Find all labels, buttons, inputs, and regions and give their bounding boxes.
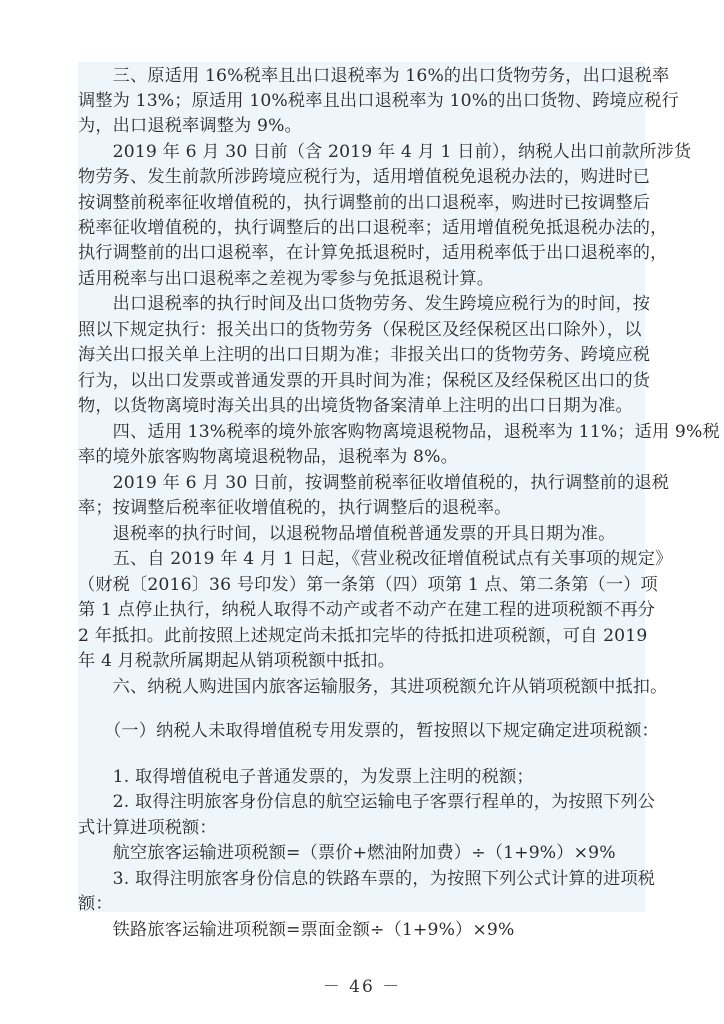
text-line: 四、适用 13%税率的境外旅客购物离境退税物品，退税率为 11%；适用 9%税	[78, 420, 720, 444]
text-line: 铁路旅客运输进项税额=票面金额÷（1+9%）×9%	[78, 918, 515, 942]
text-line: 调整为 13%；原适用 10%税率且出口退税率为 10%的出口货物、跨境应税行	[78, 89, 679, 113]
text-line: 额：	[78, 892, 113, 916]
text-line: 物劳务、发生前款所涉跨境应税行为，适用增值税免退税办法的，购进时已	[78, 165, 650, 189]
text-line: 第 1 点停止执行，纳税人取得不动产或者不动产在建工程的进项税额不再分	[78, 598, 655, 622]
page-number: － 46 －	[0, 972, 724, 997]
text-line: 六、纳税人购进国内旅客运输服务，其进项税额允许从销项税额中抵扣。	[78, 675, 667, 699]
text-line: 行为，以出口发票或普通发票的开具时间为准；保税区及经保税区出口的货	[78, 369, 650, 393]
text-line: 照以下规定执行：报关出口的货物劳务（保税区及经保税区出口除外），以	[78, 318, 642, 342]
text-line: 物，以货物离境时海关出具的出境货物备案清单上注明的出口日期为准。	[78, 394, 633, 418]
text-line: 适用税率与出口退税率之差视为零参与免抵退税计算。	[78, 267, 494, 291]
text-line: 执行调整前的出口退税率，在计算免抵退税时，适用税率低于出口退税率的，	[78, 241, 667, 265]
text-line: 税率征收增值税的，执行调整后的出口退税率；适用增值税免抵退税办法的，	[78, 216, 667, 240]
text-line: 三、原适用 16%税率且出口退税率为 16%的出口货物劳务，出口退税率	[78, 64, 669, 88]
text-line: 按调整前税率征收增值税的，执行调整前的出口退税率，购进时已按调整后	[78, 191, 650, 215]
text-line: 退税率的执行时间，以退税物品增值税普通发票的开具日期为准。	[78, 522, 615, 546]
text-line: 出口退税率的执行时间及出口货物劳务、发生跨境应税行为的时间，按	[78, 292, 650, 316]
text-line: 2 年抵扣。此前按照上述规定尚未抵扣完毕的待抵扣进项税额，可自 2019	[78, 624, 647, 648]
text-line: 2. 取得注明旅客身份信息的航空运输电子客票行程单的，为按照下列公	[78, 790, 655, 814]
text-line: 为，出口退税率调整为 9%。	[78, 114, 302, 138]
text-line: 海关出口报关单上注明的出口日期为准；非报关出口的货物劳务、跨境应税	[78, 343, 650, 367]
text-line: 3. 取得注明旅客身份信息的铁路车票的，为按照下列公式计算的进项税	[78, 867, 655, 891]
text-line: 率；按调整后税率征收增值税的，执行调整后的退税率。	[78, 496, 511, 520]
text-line: 1. 取得增值税电子普通发票的，为发票上注明的税额；	[78, 765, 534, 789]
text-line: 2019 年 6 月 30 日前，按调整前税率征收增值税的，执行调整前的退税	[78, 471, 669, 495]
document-page: 三、原适用 16%税率且出口退税率为 16%的出口货物劳务，出口退税率 调整为 …	[0, 0, 724, 1024]
text-line: （一）纳税人未取得增值税专用发票的，暂按照以下规定确定进项税额：	[78, 719, 659, 743]
text-line: 航空旅客运输进项税额=（票价+燃油附加费）÷（1+9%）×9%	[78, 841, 616, 865]
text-line: 2019 年 6 月 30 日前（含 2019 年 4 月 1 日前），纳税人出…	[78, 140, 691, 164]
text-line: 式计算进项税额：	[78, 816, 217, 840]
text-line: 五、自 2019 年 4 月 1 日起，《营业税改征增值税试点有关事项的规定》	[78, 547, 672, 571]
text-line: 年 4 月税款所属期起从销项税额中抵扣。	[78, 649, 395, 673]
text-line: 率的境外旅客购物离境退税物品，退税率为 8%。	[78, 445, 458, 469]
text-line: （财税〔2016〕36 号印发）第一条第（四）项第 1 点、第二条第（一）项	[78, 573, 658, 597]
